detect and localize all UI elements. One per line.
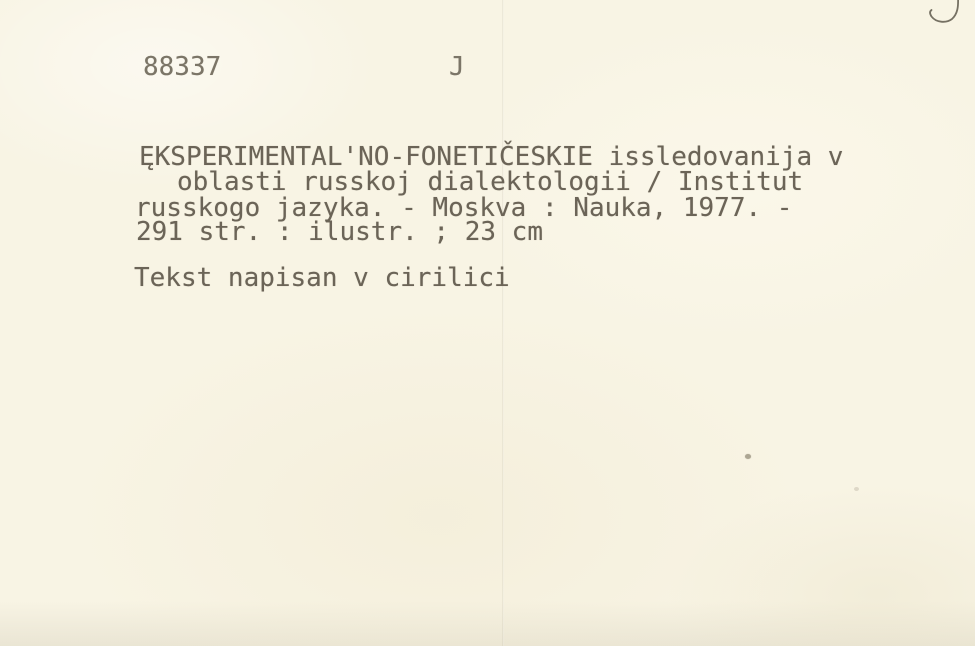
section-letter: J [449,54,465,80]
entry-line-continuation: oblasti russkoj dialektologii / Institut [177,169,803,195]
handwritten-j-mark [905,0,975,30]
note-line: Tekst napisan v cirilici [134,265,510,291]
call-number: 88337 [143,54,221,80]
entry-line-collation: 291 str. : ilustr. ; 23 cm [136,219,543,245]
ink-speck [745,454,751,459]
catalog-card-scan: 88337 J ĘKSPERIMENTAL'NO-FONETIČESKIE is… [0,0,975,646]
card-fold-seam [502,0,504,646]
ink-speck [854,487,859,491]
